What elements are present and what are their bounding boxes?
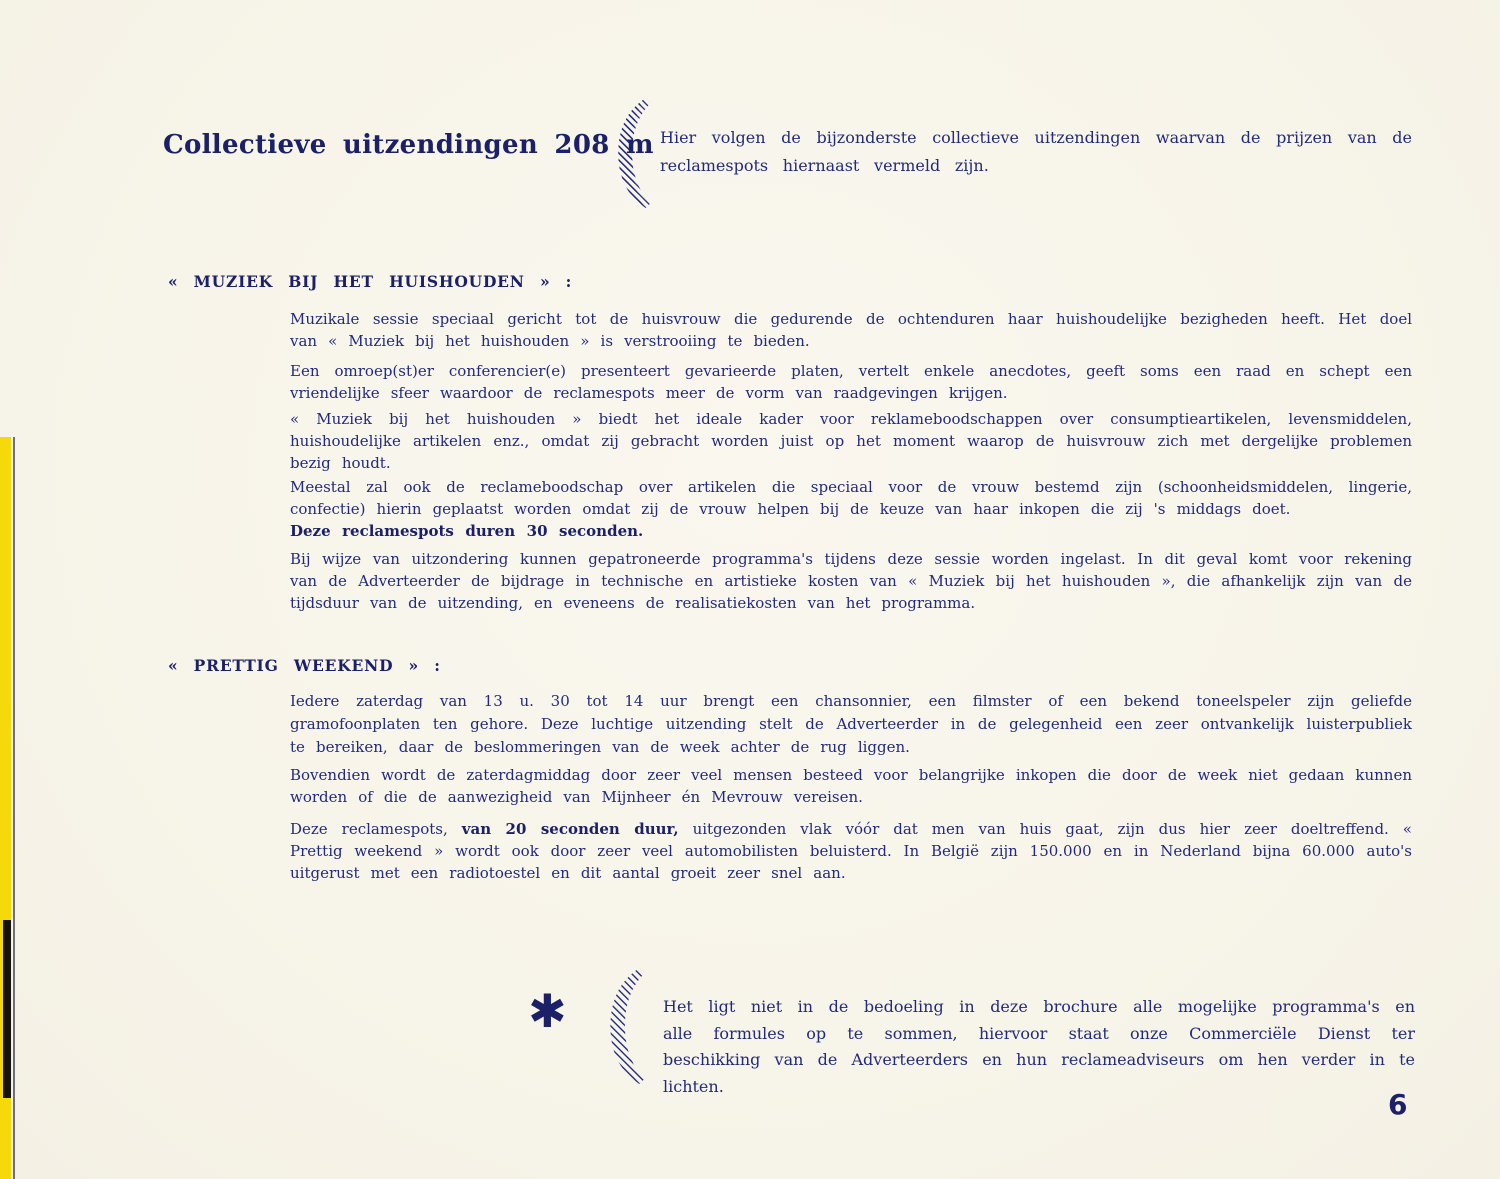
paragraph: Iedere zaterdag van 13 u. 30 tot 14 uur … (290, 690, 1412, 759)
paragraph: Meestal zal ook de reclameboodschap over… (290, 476, 1412, 542)
paragraph: Bij wijze van uitzondering kunnen gepatr… (290, 548, 1412, 614)
footnote-paragraph: Het ligt niet in de bedoeling in deze br… (663, 994, 1415, 1100)
page-title: Collectieve uitzendingen 208 m (163, 130, 654, 160)
paragraph: Bovendien wordt de zaterdagmiddag door z… (290, 764, 1412, 808)
page-edge-shadow-line (13, 437, 15, 1179)
asterisk-icon: ✱ (528, 988, 567, 1034)
paragraph-text: Deze reclamespots, (290, 820, 462, 838)
section-heading-prettig-weekend: « PRETTIG WEEKEND » : (168, 656, 441, 675)
paragraph: Een omroep(st)er conferencier(e) present… (290, 360, 1412, 404)
paragraph: Muzikale sessie speciaal gericht tot de … (290, 308, 1412, 352)
opening-bracket-icon (618, 98, 652, 208)
opening-bracket-icon (610, 968, 646, 1084)
section-heading-muziek: « MUZIEK BIJ HET HUISHOUDEN » : (168, 272, 572, 291)
bold-duration-note: Deze reclamespots duren 30 seconden. (290, 520, 1412, 542)
paragraph: « Muziek bij het huishouden » biedt het … (290, 408, 1412, 474)
brochure-page: Collectieve uitzendingen 208 m Hier volg… (0, 0, 1500, 1179)
bold-duration-note: van 20 seconden duur, (462, 820, 679, 838)
paragraph-text: Meestal zal ook de reclameboodschap over… (290, 478, 1412, 518)
page-number: 6 (1388, 1088, 1407, 1121)
paragraph: Deze reclamespots, van 20 seconden duur,… (290, 818, 1412, 884)
page-edge-black-strip (3, 920, 11, 1098)
intro-paragraph: Hier volgen de bijzonderste collectieve … (660, 124, 1412, 180)
